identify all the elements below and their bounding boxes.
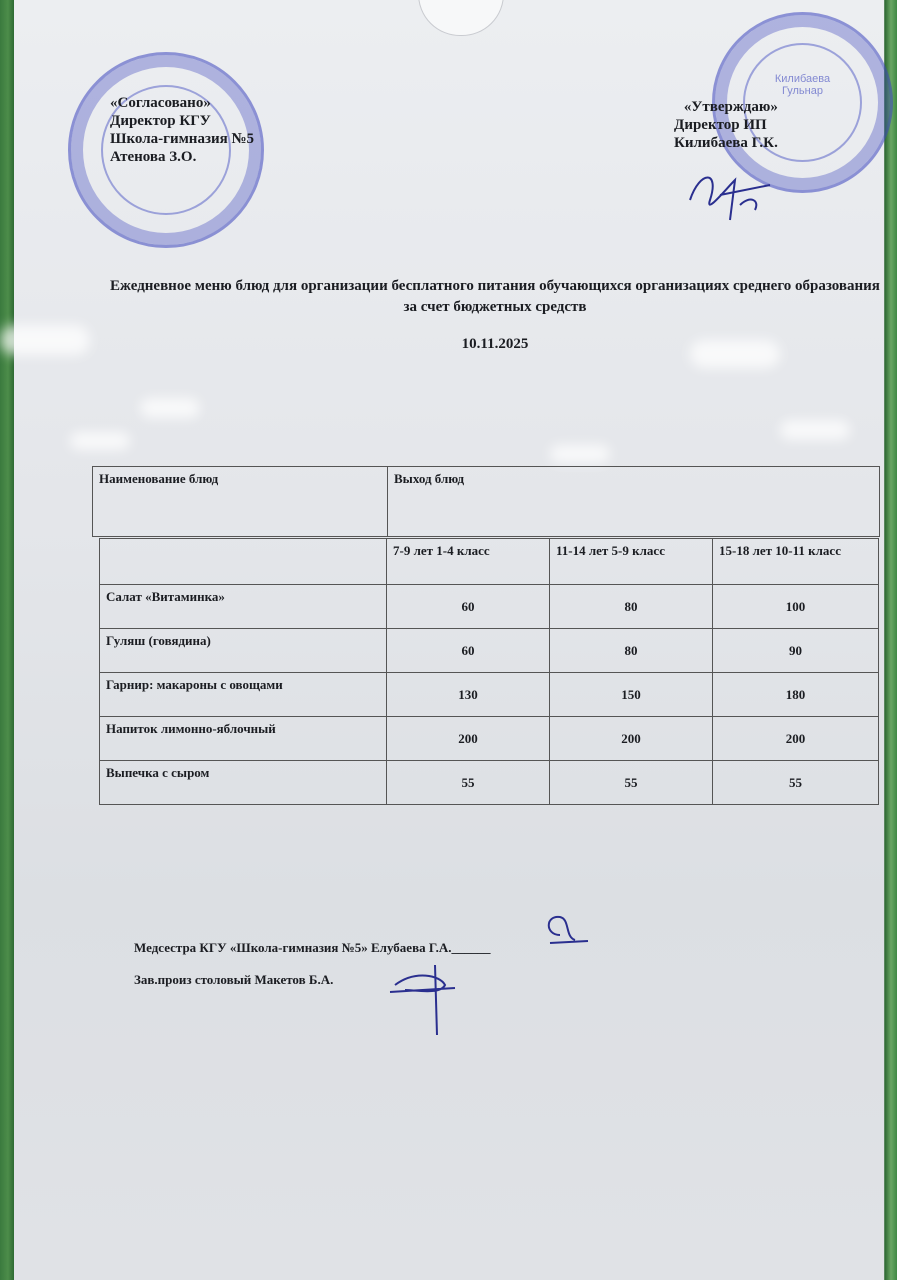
column-header: 15-18 лет 10-11 класс [713, 539, 879, 585]
column-header: 11-14 лет 5-9 класс [550, 539, 713, 585]
portion-value: 60 [387, 585, 550, 629]
approval-block-left: «Согласовано» Директор КГУ Школа-гимнази… [110, 94, 254, 166]
header-portion-output: Выход блюд [388, 467, 880, 537]
table-row: Гуляш (говядина) 60 80 90 [100, 629, 879, 673]
approver-name: Килибаева Г.К. [674, 134, 778, 152]
dish-name: Салат «Витаминка» [100, 585, 387, 629]
column-header [100, 539, 387, 585]
portion-value: 80 [550, 629, 713, 673]
stamp-text: Килибаева Гульнар [755, 73, 850, 97]
approver-organization: Школа-гимназия №5 [110, 130, 254, 148]
document-title: Ежедневное меню блюд для организации бес… [110, 276, 880, 318]
light-reflection [70, 432, 130, 450]
menu-table: 7-9 лет 1-4 класс 11-14 лет 5-9 класс 15… [99, 538, 879, 805]
approver-name: Атенова З.О. [110, 148, 254, 166]
portion-value: 80 [550, 585, 713, 629]
portion-value: 100 [713, 585, 879, 629]
portion-value: 150 [550, 673, 713, 717]
portion-value: 60 [387, 629, 550, 673]
table-row: Гарнир: макароны с овощами 130 150 180 [100, 673, 879, 717]
approver-position: Директор КГУ [110, 112, 254, 130]
light-reflection [550, 445, 610, 463]
header-dish-name: Наименование блюд [93, 467, 388, 537]
document-date: 10.11.2025 [110, 336, 880, 353]
portion-value: 180 [713, 673, 879, 717]
approval-label: «Утверждаю» [674, 98, 778, 116]
dish-name: Гуляш (говядина) [100, 629, 387, 673]
portion-value: 55 [550, 761, 713, 805]
portion-value: 200 [550, 717, 713, 761]
table-row: Напиток лимонно-яблочный 200 200 200 [100, 717, 879, 761]
signature-nurse [530, 905, 590, 955]
table-row: Салат «Витаминка» 60 80 100 [100, 585, 879, 629]
signature-director [680, 160, 780, 230]
portion-value: 90 [713, 629, 879, 673]
approval-label: «Согласовано» [110, 94, 254, 112]
approver-position: Директор ИП [674, 116, 778, 134]
light-reflection [780, 420, 850, 440]
light-reflection [140, 398, 200, 418]
approval-block-right: «Утверждаю» Директор ИП Килибаева Г.К. [674, 98, 778, 152]
dish-name: Напиток лимонно-яблочный [100, 717, 387, 761]
light-reflection [0, 325, 90, 355]
portion-value: 55 [387, 761, 550, 805]
manager-signature-line: Зав.произ столовый Макетов Б.А. [134, 972, 333, 988]
portion-value: 200 [387, 717, 550, 761]
dish-name: Гарнир: макароны с овощами [100, 673, 387, 717]
portion-value: 55 [713, 761, 879, 805]
menu-table-header: Наименование блюд Выход блюд [92, 466, 880, 537]
column-header: 7-9 лет 1-4 класс [387, 539, 550, 585]
signature-manager [385, 960, 475, 1040]
nurse-signature-line: Медсестра КГУ «Школа-гимназия №5» Елубае… [134, 940, 491, 956]
table-row: Выпечка с сыром 55 55 55 [100, 761, 879, 805]
portion-value: 200 [713, 717, 879, 761]
portion-value: 130 [387, 673, 550, 717]
dish-name: Выпечка с сыром [100, 761, 387, 805]
